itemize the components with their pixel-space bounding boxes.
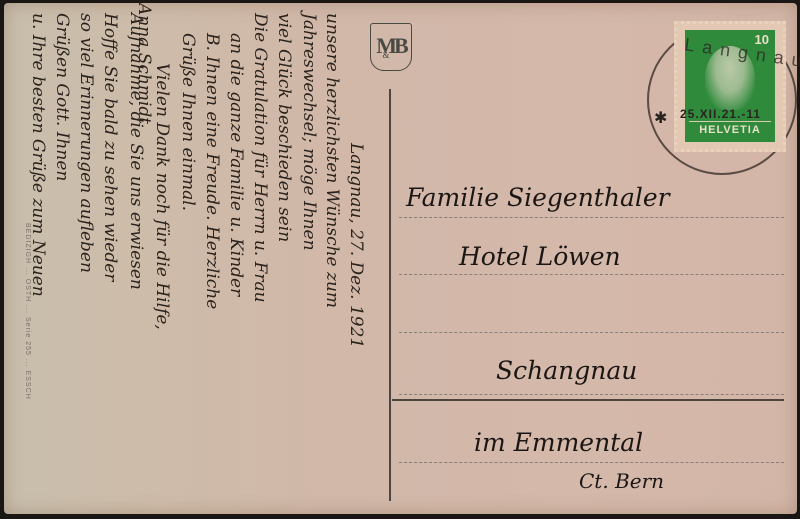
stamp-country: HELVETIA bbox=[689, 121, 771, 138]
message-line: Vielen Dank noch für die Hilfe, bbox=[152, 63, 172, 330]
address-line-2: Hotel Löwen bbox=[459, 242, 621, 271]
message-line: viel Glück beschieden sein bbox=[274, 13, 294, 242]
address-line-1: Familie Siegenthaler bbox=[406, 183, 670, 212]
message-line: Grüßen Gott. Ihnen bbox=[52, 13, 72, 181]
message-line: an die ganze Familie u. Kinder bbox=[226, 33, 246, 296]
message-line: Hoffe Sie bald zu sehen wieder bbox=[100, 13, 120, 281]
message-line: Grüße Ihnen einmal. bbox=[178, 33, 198, 211]
message-line: unsere herzlichsten Wünsche zum bbox=[322, 13, 342, 308]
address-line-rule bbox=[399, 217, 784, 218]
address-line-4: im Emmental bbox=[474, 428, 643, 457]
address-solid-rule bbox=[392, 399, 784, 401]
address-line-5: Ct. Bern bbox=[579, 469, 664, 493]
message-place-date: Langnau, 27. Dez. 1921 bbox=[346, 143, 366, 348]
message-line: u. Ihre besten Grüße zum Neuen bbox=[28, 13, 48, 297]
address-line-rule bbox=[399, 274, 784, 275]
message-line: so viel Erinnerungen aufleben bbox=[76, 13, 96, 273]
postmark-star-icon: ✱ bbox=[654, 108, 667, 127]
message-line: Jahreswechsel; möge Ihnen bbox=[299, 13, 319, 251]
message-line: B. Ihnen eine Freude. Herzliche bbox=[202, 33, 222, 309]
message-line: Die Gratulation für Herrn u. Frau bbox=[250, 13, 270, 303]
message-signature: Anna Schmidt bbox=[134, 3, 154, 124]
postcard: MB & 10 HELVETIA Langnau 25.XII.21.-11 ✱… bbox=[4, 3, 797, 514]
postmark-date: 25.XII.21.-11 bbox=[680, 107, 761, 121]
vertical-divider bbox=[389, 89, 391, 501]
publisher-logo: MB & bbox=[370, 23, 412, 71]
logo-initials: MB bbox=[376, 35, 405, 57]
address-line-rule bbox=[399, 332, 784, 333]
publisher-imprint: BEDIZIGH ... OSTH ... Serie 255 ... ESSC… bbox=[24, 223, 31, 400]
address-line-rule bbox=[399, 462, 784, 463]
address-line-3: Schangnau bbox=[496, 356, 637, 385]
address-line-rule bbox=[399, 394, 784, 395]
logo-ampersand: & bbox=[382, 51, 389, 60]
